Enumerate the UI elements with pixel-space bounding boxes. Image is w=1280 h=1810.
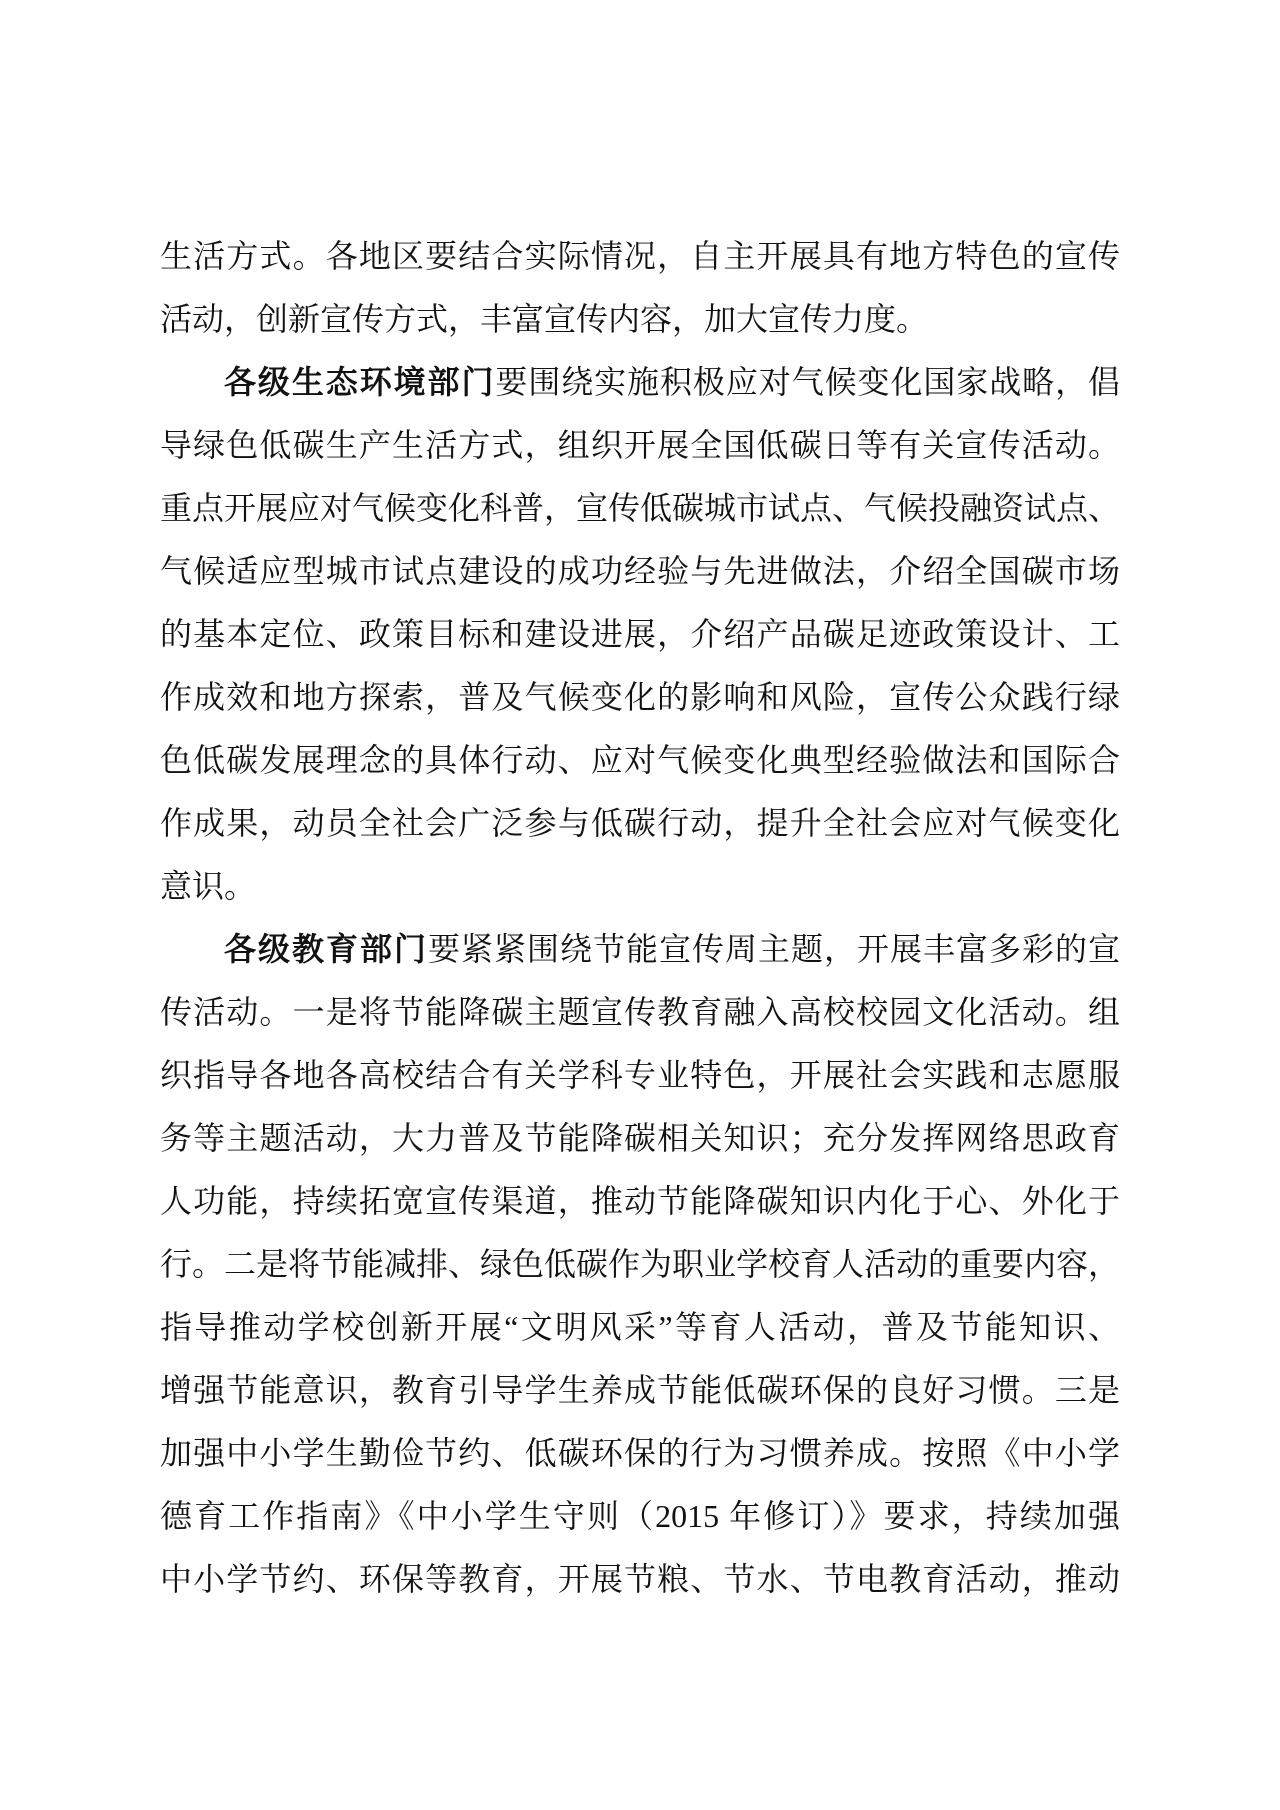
body-text: 的基本定位、政策目标和建设进展，介绍产品碳足迹政策设计、工: [160, 616, 1120, 652]
body-text: 中小学节约、环保等教育，开展节粮、节水、节电教育活动，推动: [160, 1561, 1120, 1597]
body-text: 加强中小学生勤俭节约、低碳环保的行为习惯养成。按照《中小学: [160, 1435, 1120, 1471]
document-line: 意识。: [160, 855, 1120, 918]
body-text: 重点开展应对气候变化科普，宣传低碳城市试点、气候投融资试点、: [160, 490, 1120, 526]
body-text: 活动，创新宣传方式，丰富宣传内容，加大宣传力度。: [160, 301, 928, 337]
document-line: 导绿色低碳生产生活方式，组织开展全国低碳日等有关宣传活动。: [160, 414, 1120, 477]
document-line: 生活方式。各地区要结合实际情况，自主开展具有地方特色的宣传: [160, 225, 1120, 288]
body-text: 生活方式。各地区要结合实际情况，自主开展具有地方特色的宣传: [160, 238, 1120, 274]
body-text: 织指导各地各高校结合有关学科专业特色，开展社会实践和志愿服: [160, 1057, 1120, 1093]
document-line: 指导推动学校创新开展“文明风采”等育人活动，普及节能知识、: [160, 1296, 1120, 1359]
bold-lead-text: 各级生态环境部门: [224, 364, 495, 400]
document-line: 作成果，动员全社会广泛参与低碳行动，提升全社会应对气候变化: [160, 792, 1120, 855]
bold-lead-text: 各级教育部门: [224, 931, 428, 967]
document-line: 作成效和地方探索，普及气候变化的影响和风险，宣传公众践行绿: [160, 666, 1120, 729]
document-line: 织指导各地各高校结合有关学科专业特色，开展社会实践和志愿服: [160, 1044, 1120, 1107]
body-text: 作成果，动员全社会广泛参与低碳行动，提升全社会应对气候变化: [160, 805, 1120, 841]
body-text: 要围绕实施积极应对气候变化国家战略，倡: [495, 364, 1120, 400]
body-text: 传活动。一是将节能降碳主题宣传教育融入高校校园文化活动。组: [160, 994, 1120, 1030]
body-text: 人功能，持续拓宽宣传渠道，推动节能降碳知识内化于心、外化于: [160, 1183, 1120, 1219]
body-text: 导绿色低碳生产生活方式，组织开展全国低碳日等有关宣传活动。: [160, 427, 1120, 463]
document-line: 人功能，持续拓宽宣传渠道，推动节能降碳知识内化于心、外化于: [160, 1170, 1120, 1233]
document-page: 生活方式。各地区要结合实际情况，自主开展具有地方特色的宣传活动，创新宣传方式，丰…: [0, 0, 1280, 1810]
document-line: 传活动。一是将节能降碳主题宣传教育融入高校校园文化活动。组: [160, 981, 1120, 1044]
document-line: 加强中小学生勤俭节约、低碳环保的行为习惯养成。按照《中小学: [160, 1422, 1120, 1485]
body-text: 作成效和地方探索，普及气候变化的影响和风险，宣传公众践行绿: [160, 679, 1120, 715]
document-line: 活动，创新宣传方式，丰富宣传内容，加大宣传力度。: [160, 288, 1120, 351]
body-text: 德育工作指南》《中小学生守则（2015 年修订）》要求，持续加强: [160, 1498, 1120, 1534]
document-line: 中小学节约、环保等教育，开展节粮、节水、节电教育活动，推动: [160, 1548, 1120, 1611]
document-line: 色低碳发展理念的具体行动、应对气候变化典型经验做法和国际合: [160, 729, 1120, 792]
body-text: 务等主题活动，大力普及节能降碳相关知识；充分发挥网络思政育: [160, 1120, 1120, 1156]
document-line: 务等主题活动，大力普及节能降碳相关知识；充分发挥网络思政育: [160, 1107, 1120, 1170]
document-line: 德育工作指南》《中小学生守则（2015 年修订）》要求，持续加强: [160, 1485, 1120, 1548]
document-line: 气候适应型城市试点建设的成功经验与先进做法，介绍全国碳市场: [160, 540, 1120, 603]
body-text: 气候适应型城市试点建设的成功经验与先进做法，介绍全国碳市场: [160, 553, 1120, 589]
document-line: 行。二是将节能减排、绿色低碳作为职业学校育人活动的重要内容，: [160, 1233, 1120, 1296]
body-text: 要紧紧围绕节能宣传周主题，开展丰富多彩的宣: [428, 931, 1120, 967]
document-line: 增强节能意识，教育引导学生养成节能低碳环保的良好习惯。三是: [160, 1359, 1120, 1422]
body-text: 指导推动学校创新开展“文明风采”等育人活动，普及节能知识、: [160, 1309, 1120, 1345]
document-line: 各级教育部门要紧紧围绕节能宣传周主题，开展丰富多彩的宣: [160, 918, 1120, 981]
body-text: 色低碳发展理念的具体行动、应对气候变化典型经验做法和国际合: [160, 742, 1120, 778]
body-text: 增强节能意识，教育引导学生养成节能低碳环保的良好习惯。三是: [160, 1372, 1120, 1408]
body-text: 行。二是将节能减排、绿色低碳作为职业学校育人活动的重要内容，: [160, 1246, 1120, 1282]
document-line: 重点开展应对气候变化科普，宣传低碳城市试点、气候投融资试点、: [160, 477, 1120, 540]
document-line: 各级生态环境部门要围绕实施积极应对气候变化国家战略，倡: [160, 351, 1120, 414]
document-line: 的基本定位、政策目标和建设进展，介绍产品碳足迹政策设计、工: [160, 603, 1120, 666]
document-body: 生活方式。各地区要结合实际情况，自主开展具有地方特色的宣传活动，创新宣传方式，丰…: [160, 225, 1120, 1611]
body-text: 意识。: [160, 868, 256, 904]
